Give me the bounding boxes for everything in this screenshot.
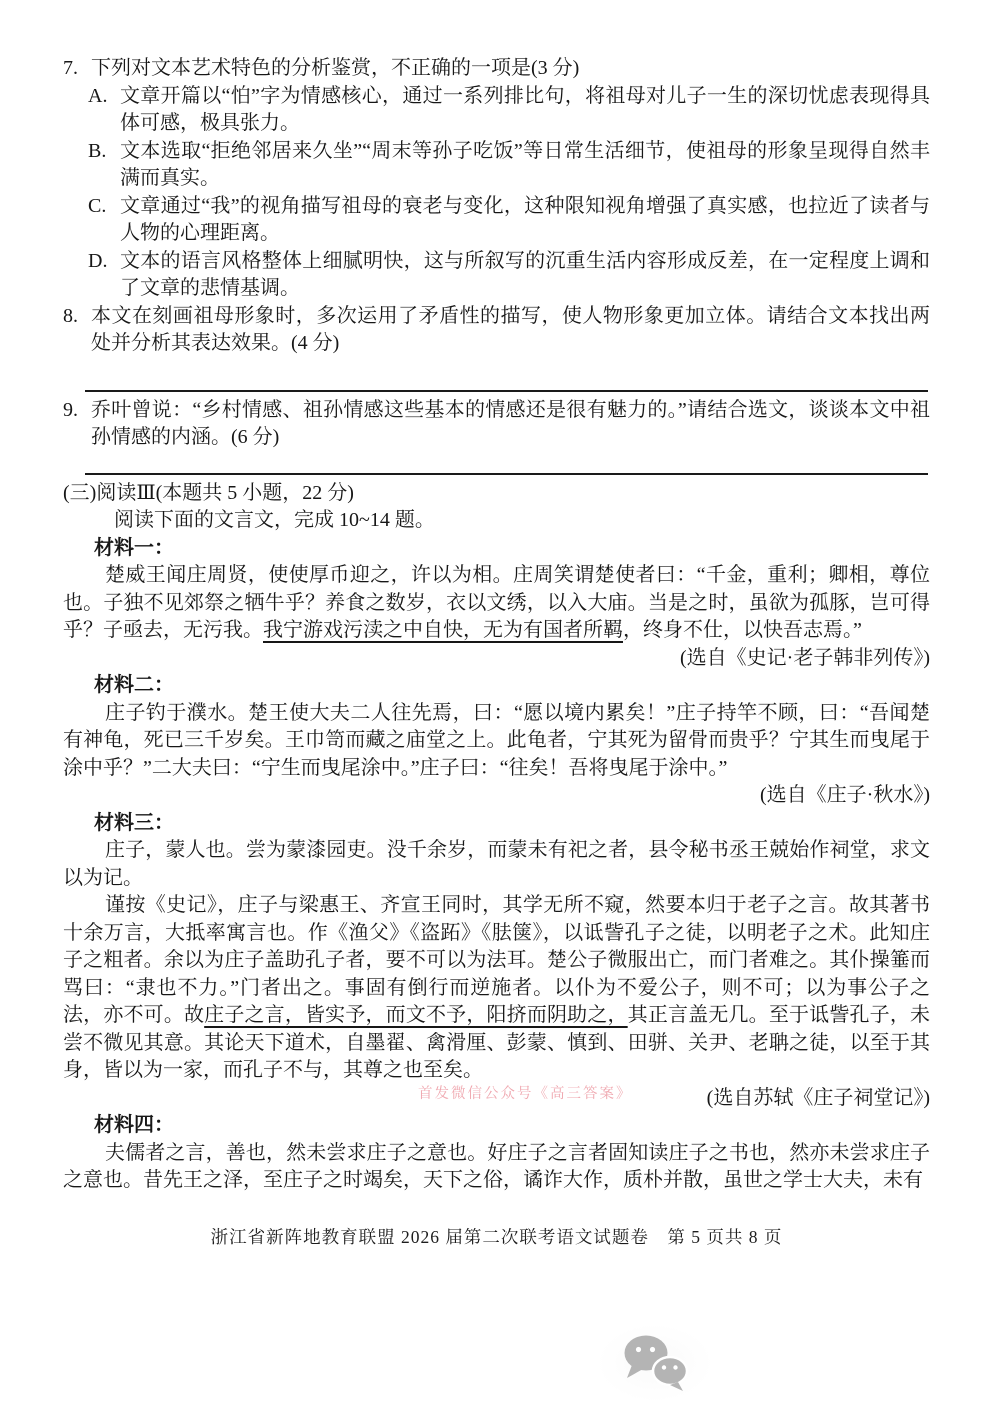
page-content: 7. 下列对文本艺术特色的分析鉴赏，不正确的一项是(3 分) A. 文章开篇以“… bbox=[0, 0, 992, 1251]
question-9: 9. 乔叶曾说：“乡村情感、祖孙情感这些基本的情感还是很有魅力的。”请结合选文，… bbox=[63, 397, 930, 452]
material-1-paragraph: 楚威王闻庄周贤，使使厚币迎之，许以为相。庄周笑谓楚使者曰：“千金，重利；卿相，尊… bbox=[63, 562, 930, 645]
question-9-text: 乔叶曾说：“乡村情感、祖孙情感这些基本的情感还是很有魅力的。”请结合选文，谈谈本… bbox=[91, 397, 930, 452]
question-7-option-c: C. 文章通过“我”的视角描写祖母的衰老与变化，这种限知视角增强了真实感，也拉近… bbox=[63, 193, 930, 248]
material-3-paragraph-1: 庄子，蒙人也。尝为蒙漆园吏。没千余岁，而蒙未有祀之者，县令秘书丞王兢始作祠堂，求… bbox=[63, 837, 930, 892]
question-7-option-a: A. 文章开篇以“怕”字为情感核心，通过一系列排比句，将祖母对儿子一生的深切忧虑… bbox=[63, 83, 930, 138]
question-8-number: 8. bbox=[63, 303, 91, 358]
wechat-logo-container bbox=[600, 1326, 710, 1400]
question-7-option-d: D. 文本的语言风格整体上细腻明快，这与所叙写的沉重生活内容形成反差，在一定程度… bbox=[63, 248, 930, 303]
material-2-paragraph: 庄子钓于濮水。楚王使大夫二人往先焉，曰：“愿以境内累矣！”庄子持竿不顾，曰：“吾… bbox=[63, 700, 930, 783]
option-a-text: 文章开篇以“怕”字为情感核心，通过一系列排比句，将祖母对儿子一生的深切忧虑表现得… bbox=[120, 83, 930, 138]
section-3-heading: (三)阅读Ⅲ(本题共 5 小题，22 分) bbox=[63, 480, 930, 508]
option-d-label: D. bbox=[88, 248, 120, 303]
footer-page-info: 浙江省新阵地教育联盟 2026 届第二次联考语文试题卷 第 5 页共 8 页 bbox=[63, 1224, 930, 1252]
material-1-text-post: ，终身不仕，以快吾志焉。” bbox=[623, 619, 862, 641]
wechat-icon bbox=[618, 1334, 692, 1392]
option-b-label: B. bbox=[88, 138, 120, 193]
option-d-text: 文本的语言风格整体上细腻明快，这与所叙写的沉重生活内容形成反差，在一定程度上调和… bbox=[120, 248, 930, 303]
material-1-source: (选自《史记·老子韩非列传》) bbox=[63, 645, 930, 673]
option-c-label: C. bbox=[88, 193, 120, 248]
option-b-text: 文本选取“拒绝邻居来久坐”“周末等孙子吃饭”等日常生活细节，使祖母的形象呈现得自… bbox=[120, 138, 930, 193]
section-3-intro: 阅读下面的文言文，完成 10~14 题。 bbox=[63, 507, 930, 535]
option-c-text: 文章通过“我”的视角描写祖母的衰老与变化，这种限知视角增强了真实感，也拉近了读者… bbox=[120, 193, 930, 248]
question-7-option-b: B. 文本选取“拒绝邻居来久坐”“周末等孙子吃饭”等日常生活细节，使祖母的形象呈… bbox=[63, 138, 930, 193]
material-1-underlined-segment: 我宁游戏污渎之中自快，无为有国者所羁 bbox=[263, 619, 623, 641]
material-2-source: (选自《庄子·秋水》) bbox=[63, 782, 930, 810]
question-8-text: 本文在刻画祖母形象时，多次运用了矛盾性的描写，使人物形象更加立体。请结合文本找出… bbox=[91, 303, 930, 358]
answer-rule-2 bbox=[85, 473, 928, 475]
question-8: 8. 本文在刻画祖母形象时，多次运用了矛盾性的描写，使人物形象更加立体。请结合文… bbox=[63, 303, 930, 358]
material-3-paragraph-2: 谨按《史记》，庄子与梁惠王、齐宣王同时，其学无所不窥，然要本归于老子之言。故其著… bbox=[63, 892, 930, 1085]
watermark-red-text: 首发微信公众号《高三答案》 bbox=[418, 1081, 633, 1109]
question-9-number: 9. bbox=[63, 397, 91, 452]
material-3-title: 材料三： bbox=[63, 810, 930, 838]
option-a-label: A. bbox=[88, 83, 120, 138]
question-7-stem: 下列对文本艺术特色的分析鉴赏，不正确的一项是(3 分) bbox=[91, 55, 930, 83]
exam-paper-page: 7. 下列对文本艺术特色的分析鉴赏，不正确的一项是(3 分) A. 文章开篇以“… bbox=[0, 0, 992, 1403]
question-7: 7. 下列对文本艺术特色的分析鉴赏，不正确的一项是(3 分) bbox=[63, 55, 930, 83]
answer-rule-1 bbox=[85, 390, 928, 392]
question-7-number: 7. bbox=[63, 55, 91, 83]
material-4-paragraph: 夫儒者之言，善也，然未尝求庄子之意也。好庄子之言者固知读庄子之书也，然亦未尝求庄… bbox=[63, 1140, 930, 1195]
material-4-title: 材料四： bbox=[63, 1112, 930, 1140]
material-3-underlined-segment: 庄子之言，皆实予，而文不予，阳挤而阴助之， bbox=[204, 1004, 628, 1026]
material-1-title: 材料一： bbox=[63, 535, 930, 563]
material-2-title: 材料二： bbox=[63, 672, 930, 700]
